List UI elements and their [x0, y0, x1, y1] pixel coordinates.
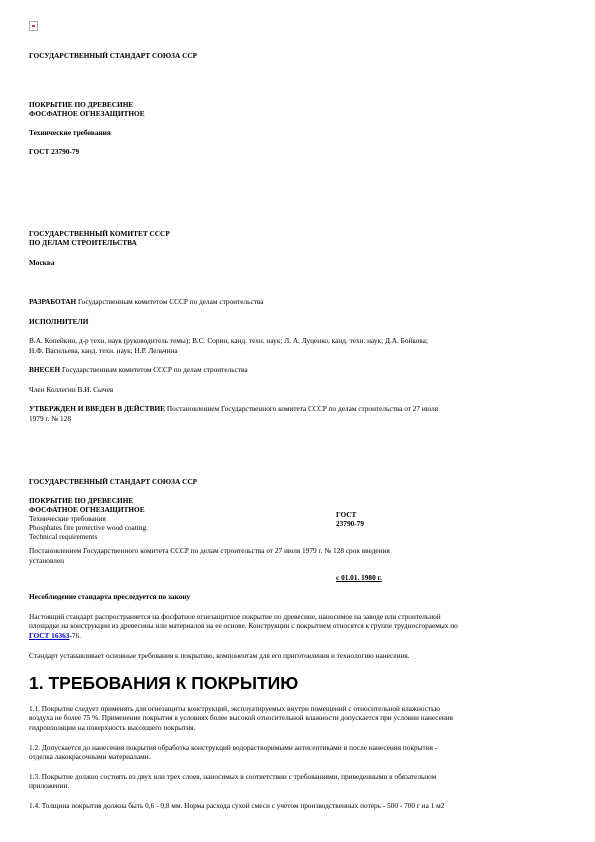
para-1-3-line2: приложении.: [29, 781, 69, 790]
cover-subtitle: Технические требования: [29, 128, 111, 137]
broken-image-icon: [29, 21, 38, 31]
scope-line1: Настоящий стандарт распространяется на ф…: [29, 612, 441, 621]
standard-gost-label: ГОСТ: [336, 510, 356, 519]
para-1-1-line2: воздуха не более 75 %. Применение покрыт…: [29, 713, 453, 722]
effective-date: с 01.01. 1980 г.: [336, 573, 382, 582]
cover-gost: ГОСТ 23790-79: [29, 147, 79, 156]
introduced-text: Государственным комитетом СССР по делам …: [60, 365, 247, 374]
gost-16363-link[interactable]: ГОСТ 16363: [29, 631, 69, 640]
law-notice: Несоблюдение стандарта преследуется по з…: [29, 592, 190, 601]
cover-title-line2: ФОСФАТНОЕ ОГНЕЗАЩИТНОЕ: [29, 109, 145, 118]
cover-committee-line1: ГОСУДАРСТВЕННЫЙ КОМИТЕТ СССР: [29, 229, 170, 238]
approved-text: Постановлением Государственного комитета…: [165, 404, 438, 413]
scope-line2: площадке на конструкции из древесины или…: [29, 621, 458, 630]
developed-by: РАЗРАБОТАН Государственным комитетом ССС…: [29, 297, 263, 306]
decree-line1: Постановлением Государственного комитета…: [29, 546, 390, 555]
cover-city: Москва: [29, 258, 54, 267]
board-member: Член Коллегии В.И. Сычев: [29, 385, 113, 394]
developed-label: РАЗРАБОТАН: [29, 297, 76, 306]
scope-line3: ГОСТ 16363-76.: [29, 631, 81, 640]
standard-subtitle-ru: Технические требования: [29, 514, 106, 523]
scope-after-link: -76.: [69, 631, 81, 640]
standard-title-en-line1: Phosphates fire protective wood coating.: [29, 523, 148, 532]
decree-line2: установлен: [29, 556, 64, 565]
standard-title-line2: ФОСФАТНОЕ ОГНЕЗАЩИТНОЕ: [29, 505, 145, 514]
para-1-1-line1: 1.1. Покрытие следует применять для огне…: [29, 704, 440, 713]
establishes-text: Стандарт устанавливает основные требован…: [29, 651, 410, 660]
cover-header: ГОСУДАРСТВЕННЫЙ СТАНДАРТ СОЮЗА ССР: [29, 51, 197, 60]
cover-committee-line2: ПО ДЕЛАМ СТРОИТЕЛЬСТВА: [29, 238, 137, 247]
approved-line1: УТВЕРЖДЕН И ВВЕДЕН В ДЕЙСТВИЕ Постановле…: [29, 404, 438, 413]
standard-title-line1: ПОКРЫТИЕ ПО ДРЕВЕСИНЕ: [29, 496, 133, 505]
section-heading: 1. ТРЕБОВАНИЯ К ПОКРЫТИЮ: [29, 673, 298, 693]
executors-line2: Н.Ф. Васильева, канд. техн. наук; Н.Р. Л…: [29, 346, 178, 355]
cover-title-line1: ПОКРЫТИЕ ПО ДРЕВЕСИНЕ: [29, 100, 133, 109]
standard-gost-number: 23790-79: [336, 519, 364, 528]
para-1-2-line1: 1.2. Допускается до нанесения покрытия о…: [29, 743, 437, 752]
standard-title-en-line2: Technical requirements: [29, 532, 97, 541]
introduced-by: ВНЕСЕН Государственным комитетом СССР по…: [29, 365, 248, 374]
para-1-2-line2: отделка лакокрасочными материалами.: [29, 752, 151, 761]
standard-header: ГОСУДАРСТВЕННЫЙ СТАНДАРТ СОЮЗА ССР: [29, 477, 197, 486]
para-1-1-line3: гидроизоляции на поверхность высохшего п…: [29, 723, 195, 732]
para-1-3-line1: 1.3. Покрытие должно состоять из двух ил…: [29, 772, 436, 781]
executors-line1: В.А. Копейкин, д-р техн. наук (руководит…: [29, 336, 428, 345]
approved-line2: 1979 г. № 128: [29, 414, 71, 423]
para-1-4-line1: 1.4. Толщина покрытия должна быть 0,6 - …: [29, 801, 444, 810]
executors-label: ИСПОЛНИТЕЛИ: [29, 317, 88, 326]
approved-label: УТВЕРЖДЕН И ВВЕДЕН В ДЕЙСТВИЕ: [29, 404, 165, 413]
developed-text: Государственным комитетом СССР по делам …: [76, 297, 263, 306]
introduced-label: ВНЕСЕН: [29, 365, 60, 374]
